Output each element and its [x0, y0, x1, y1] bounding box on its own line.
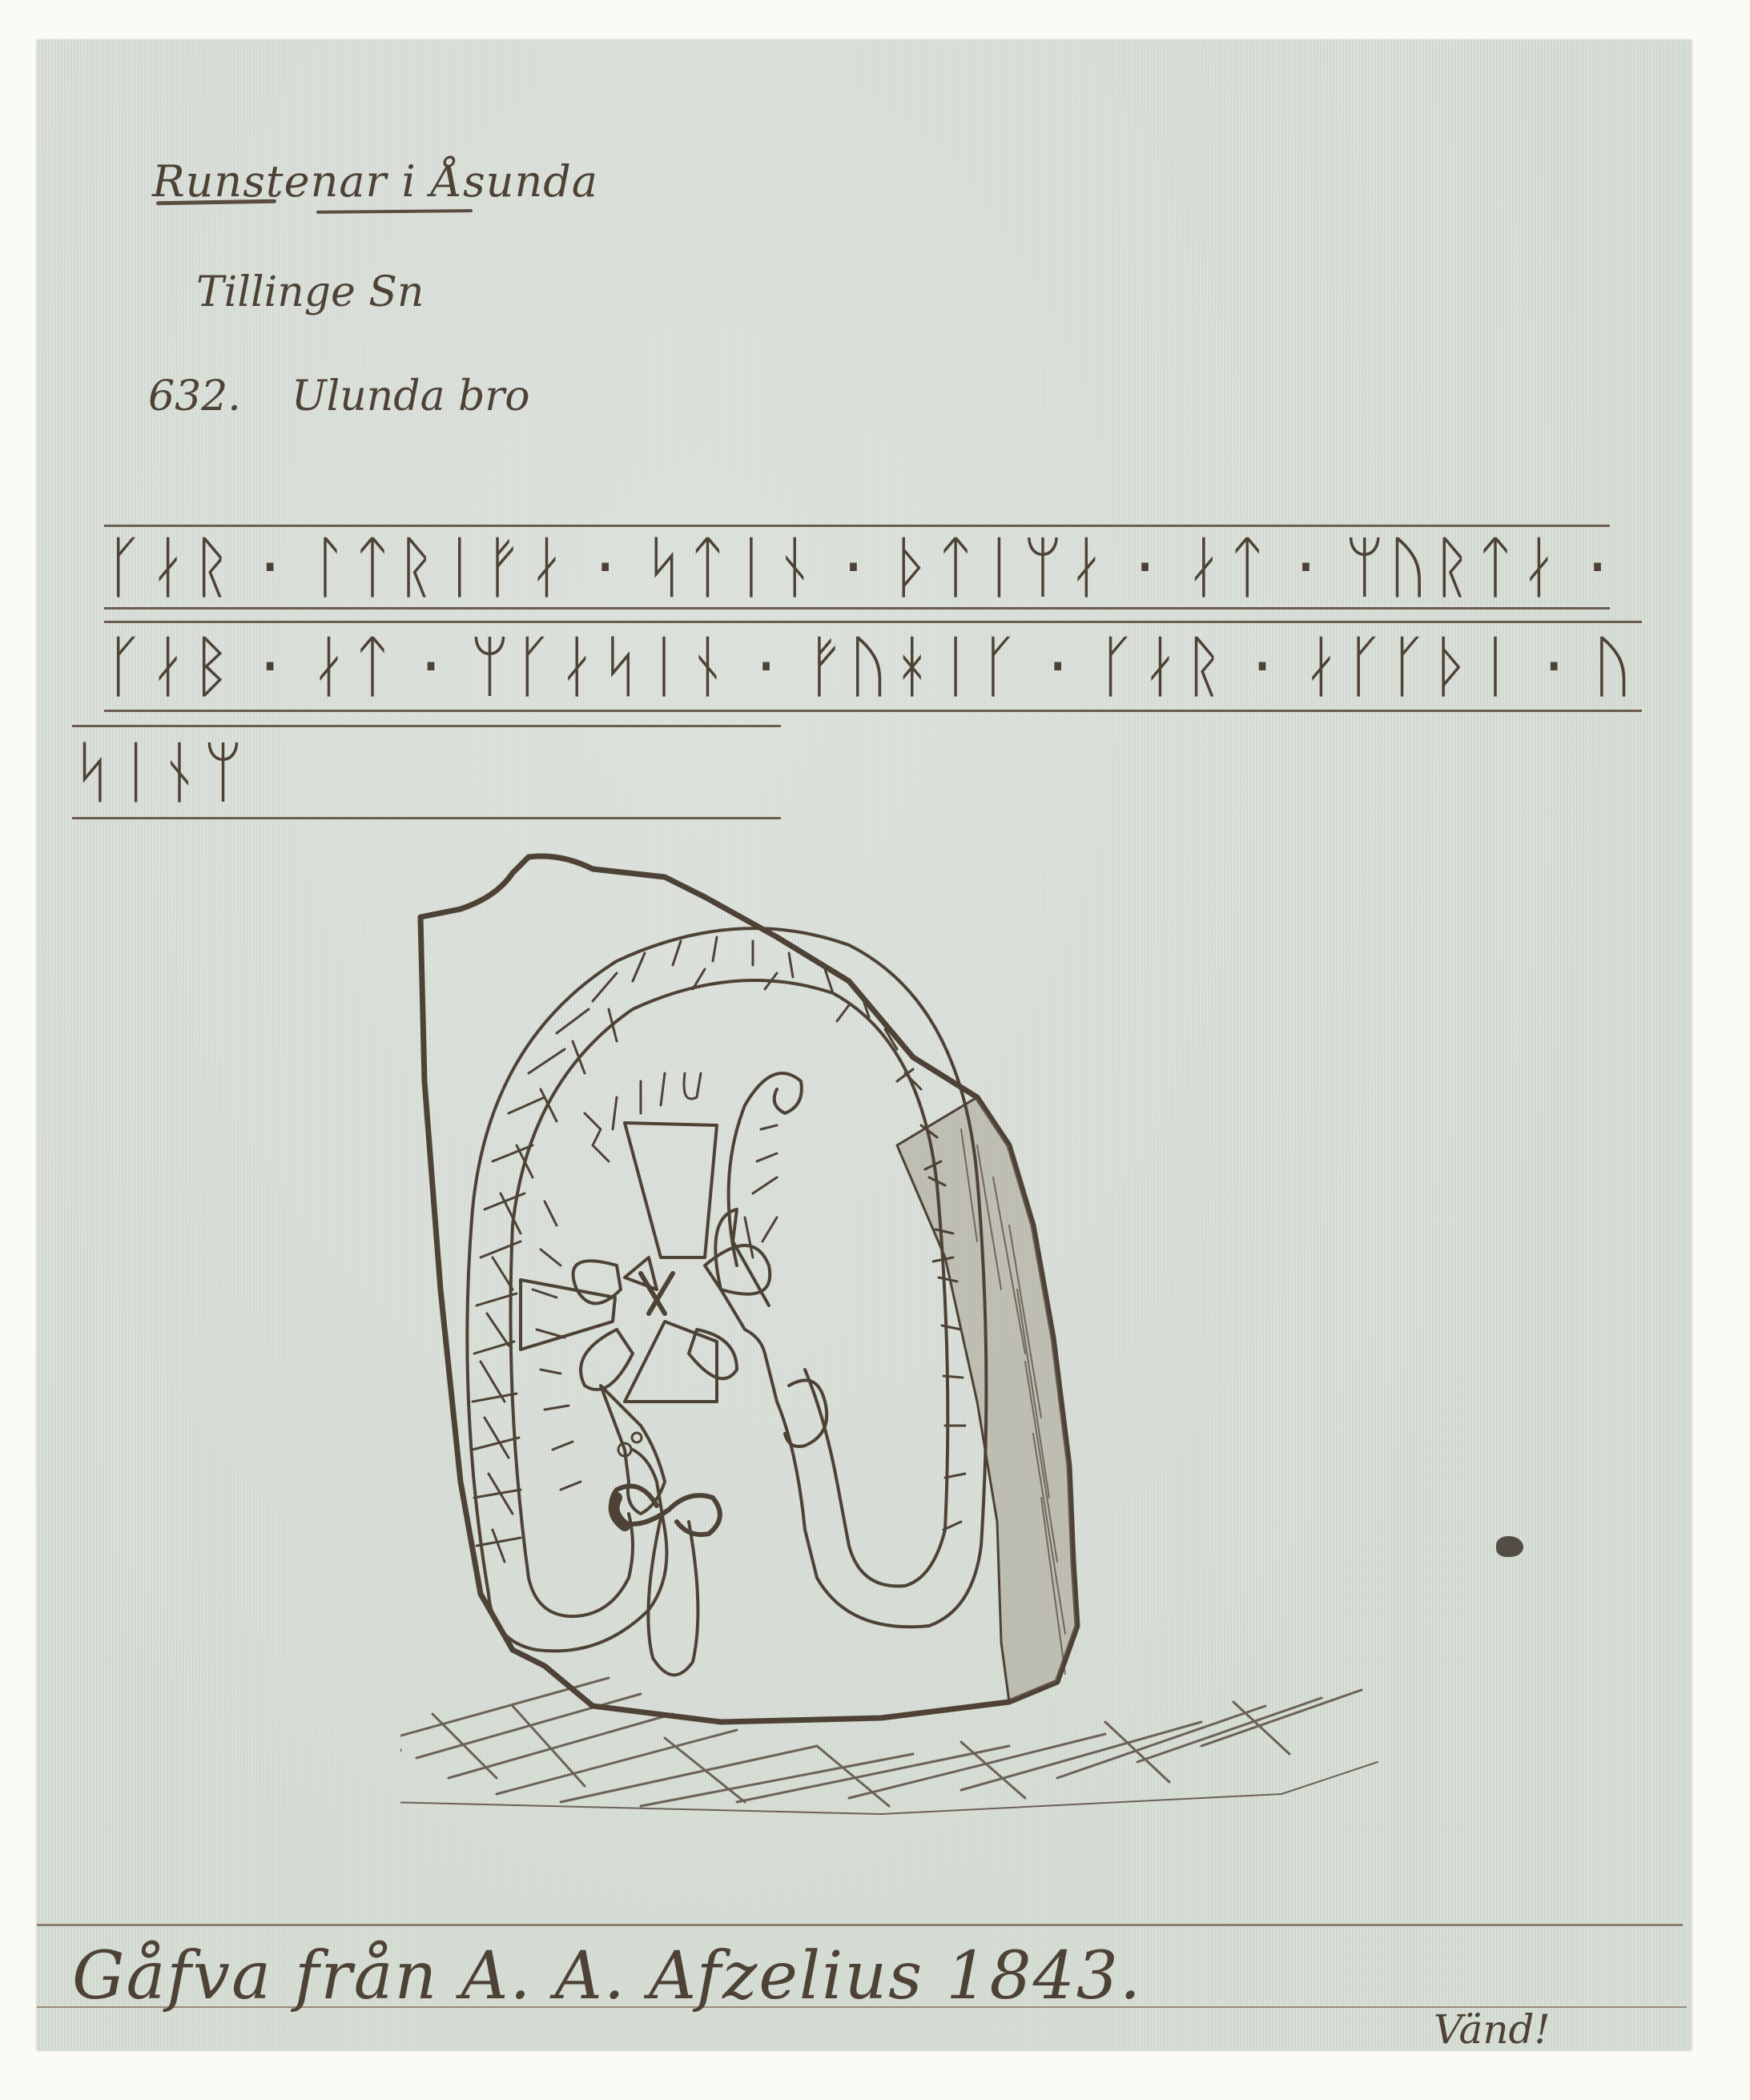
footer-rule: [37, 1924, 1683, 1926]
document-title: Runstenar i Åsunda: [152, 156, 598, 207]
serpent-band-outer: [467, 928, 986, 1627]
ground-hatching: [400, 1678, 1378, 1814]
turn-over-note: Vänd!: [1434, 2006, 1551, 2053]
rune-line-3: ᛋᛁᚾᛘ: [72, 725, 781, 819]
rune-line-2: ᚴᛅᛒ · ᛅᛏ · ᛘᚴᛅᛋᛁᚾ · ᚠᚢᚼᛁᚴ · ᚴᛅᚱ · ᛅᚴᚴᚦᛁ …: [104, 621, 1642, 712]
runestone-drawing: [400, 841, 1402, 1882]
donation-note: Gåfva från A. A. Afzelius 1843.: [72, 1938, 1142, 2014]
rune-line-1: ᚴᛅᚱ · ᛚᛏᚱᛁᚠᛅ · ᛋᛏᛁᚾ · ᚦᛏᛁᛘᛅ · ᛅᛏ · ᛘᚢᚱᛏᛅ…: [104, 525, 1610, 609]
catalogue-entry: 632. Ulunda bro: [148, 372, 530, 420]
location-name: Ulunda bro: [292, 372, 530, 420]
parish-label: Tillinge Sn: [196, 268, 424, 316]
ink-blot: [1496, 1536, 1523, 1557]
catalogue-number: 632.: [148, 372, 241, 420]
rune-line-3-text: ᛋᛁᚾᛘ: [72, 733, 247, 811]
